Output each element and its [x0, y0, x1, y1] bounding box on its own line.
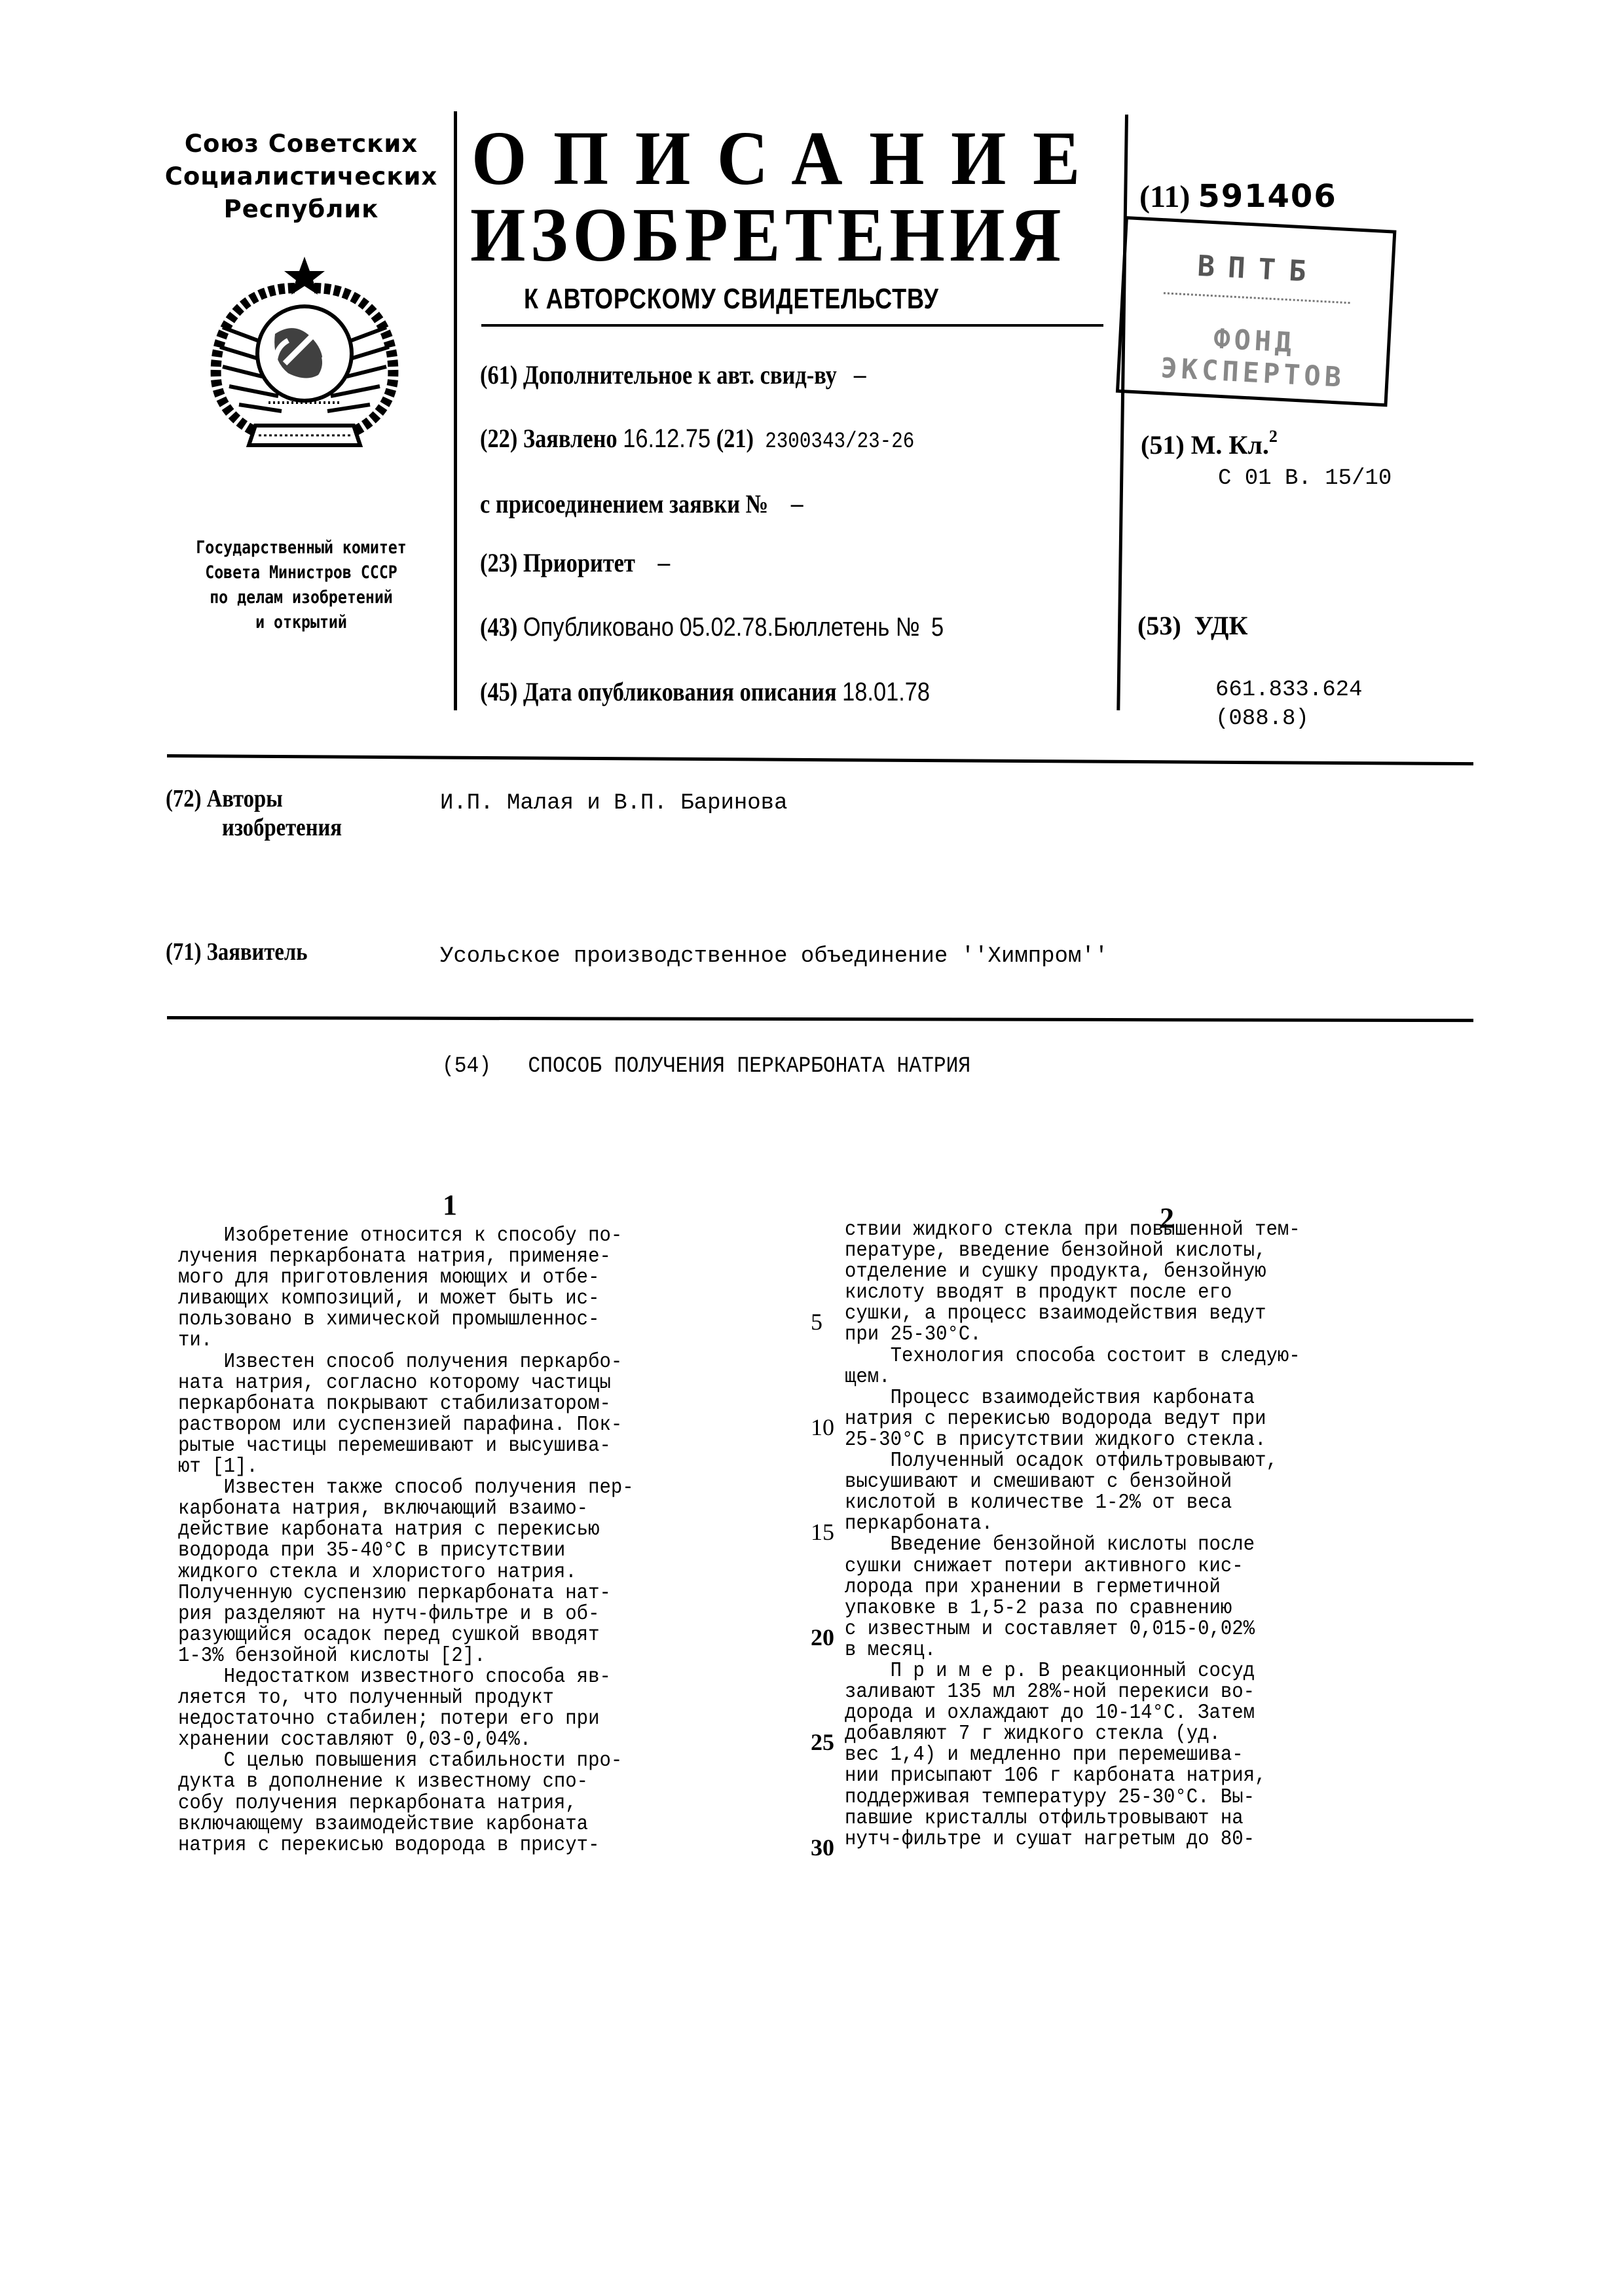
publication-date: 05.02.78.	[680, 613, 773, 642]
invention-title: (54) СПОСОБ ПОЛУЧЕНИЯ ПЕРКАРБОНАТА НАТРИ…	[442, 1054, 970, 1079]
document-title-line-1: ОПИСАНИЕ	[471, 120, 1107, 197]
field-72-authors-label: (72) Авторы изобретения	[166, 784, 342, 842]
text-line: упаковке в 1,5-2 раза по сравнению	[845, 1598, 1301, 1619]
field-code: (61)	[480, 360, 517, 390]
stamp-divider	[1164, 292, 1350, 304]
text-line: натрия с перекисью водорода ведут при	[845, 1409, 1301, 1430]
text-line: в месяц.	[845, 1640, 1301, 1661]
document-subtitle: К АВТОРСКОМУ СВИДЕТЕЛЬСТВУ	[524, 283, 939, 316]
authors-value: И.П. Малая и В.П. Баринова	[440, 791, 788, 816]
filing-date: 16.12.75	[623, 424, 710, 453]
field-joined-application: с присоединением заявки № –	[480, 491, 803, 517]
edition-superscript: 2	[1269, 427, 1278, 446]
field-code: (21)	[716, 424, 754, 453]
issuing-committee: Государственный комитет Совета Министров…	[183, 536, 419, 635]
field-label: с присоединением заявки №	[480, 489, 768, 519]
field-value: –	[791, 490, 803, 519]
text-line: павшие кристаллы отфильтровывают на	[845, 1808, 1301, 1829]
margin-line-number: 25	[811, 1728, 834, 1756]
applicant-value: Усольское производственное объединение '…	[440, 944, 1108, 969]
text-line: Полученный осадок отфильтровывают,	[845, 1451, 1301, 1472]
text-line: карбоната натрия, включающий взаимо-	[178, 1499, 634, 1520]
text-line: Технология способа состоит в следую-	[845, 1346, 1301, 1367]
union-title-line: Социалистических	[164, 160, 439, 193]
header-bottom-rule	[167, 754, 1473, 765]
vertical-divider-right	[1116, 115, 1128, 710]
text-line: П р и м е р. В реакционный сосуд	[845, 1661, 1301, 1682]
text-line: жидкого стекла и хлористого натрия.	[178, 1562, 634, 1583]
udc-value: 661.833.624 (088.8)	[1215, 676, 1362, 733]
library-stamp: ВПТБ ФОНД ЭКСПЕРТОВ	[1116, 216, 1397, 407]
text-line: высушивают и смешивают с бензойной	[845, 1472, 1301, 1493]
field-code: (11)	[1139, 179, 1190, 214]
text-line: Недостатком известного способа яв-	[178, 1667, 634, 1688]
text-line: включающему взаимодействие карбоната	[178, 1814, 634, 1835]
field-code: (51)	[1141, 430, 1185, 460]
text-line: раствором или суспензией парафина. Пок-	[178, 1415, 634, 1436]
field-61-additional: (61) Дополнительное к авт. свид-ву –	[480, 362, 866, 388]
field-code: (71)	[166, 938, 201, 966]
text-line: действие карбоната натрия с перекисью	[178, 1520, 634, 1540]
text-line: Изобретение относится к способу по-	[178, 1226, 634, 1247]
field-label: Опубликовано	[523, 613, 674, 642]
text-line: лорода при хранении в герметичной	[845, 1577, 1301, 1598]
text-line: дорода и охлаждают до 10-14°С. Затем	[845, 1703, 1301, 1724]
committee-line: и открытий	[183, 610, 419, 635]
field-label: Заявлено	[523, 424, 618, 453]
field-label-line-2: изобретения	[166, 813, 342, 842]
document-title-line-2: ИЗОБРЕТЕНИЯ	[470, 196, 1066, 274]
text-line: мого для приготовления моющих и отбе-	[178, 1267, 634, 1288]
text-line: щем.	[845, 1367, 1301, 1388]
text-line: 25-30°С в присутствии жидкого стекла.	[845, 1430, 1301, 1451]
text-line: перкарбоната.	[845, 1514, 1301, 1535]
bulletin-number: 5	[931, 613, 944, 642]
field-label: Приоритет	[523, 548, 635, 577]
margin-line-number: 15	[811, 1518, 834, 1546]
text-line: рия разделяют на нутч-фильтре и в об-	[178, 1604, 634, 1625]
text-line: кислотой в количестве 1-2% от веса	[845, 1493, 1301, 1514]
description-date: 18.01.78	[842, 678, 930, 706]
text-line: поддерживая температуру 25-30°С. Вы-	[845, 1787, 1301, 1808]
classification-value: С 01 В. 15/10	[1218, 466, 1392, 491]
text-line: при 25-30°С.	[845, 1324, 1301, 1345]
margin-line-number: 30	[811, 1834, 834, 1861]
field-code: (22)	[480, 424, 517, 453]
field-value: –	[854, 361, 866, 390]
field-label: М. Кл.	[1191, 430, 1269, 460]
text-line: перкарбоната покрывают стабилизатором-	[178, 1394, 634, 1415]
text-line: ти.	[178, 1330, 634, 1351]
text-line: сушки, а процесс взаимодействия ведут	[845, 1303, 1301, 1324]
field-code: (72)	[166, 785, 201, 812]
text-line: нии присыпают 106 г карбоната натрия,	[845, 1766, 1301, 1787]
stamp-text-top: ВПТБ	[1125, 246, 1392, 293]
field-53-udc: (53) УДК	[1137, 610, 1247, 641]
field-code: (23)	[480, 548, 517, 577]
text-line: нутч-фильтре и сушат нагретым до 80-	[845, 1829, 1301, 1850]
field-22-filed: (22) Заявлено 16.12.75 (21) 2300343/23-2…	[480, 426, 914, 453]
committee-line: Совета Министров СССР	[183, 560, 419, 585]
text-line: сушки снижает потери активного кис-	[845, 1556, 1301, 1577]
field-label: УДК	[1194, 611, 1248, 640]
field-label: Авторы	[207, 785, 283, 812]
text-line: разующийся осадок перед сушкой вводят	[178, 1625, 634, 1646]
text-line: добавляют 7 г жидкого стекла (уд.	[845, 1724, 1301, 1745]
committee-line: по делам изобретений	[183, 585, 419, 610]
vertical-divider-left	[454, 111, 457, 710]
text-line: рытые частицы перемешивают и высушива-	[178, 1436, 634, 1457]
field-71-applicant-label: (71) Заявитель	[166, 938, 308, 966]
text-line: пользовано в химической промышленнос-	[178, 1309, 634, 1330]
application-number: 2300343/23-26	[765, 429, 914, 454]
field-23-priority: (23) Приоритет –	[480, 550, 670, 576]
text-line: ливающих композиций, и может быть ис-	[178, 1288, 634, 1309]
margin-line-number: 10	[811, 1413, 834, 1441]
text-line: ната натрия, согласно которому частицы	[178, 1373, 634, 1394]
ussr-state-emblem-icon	[196, 249, 413, 458]
bulletin-label: Бюллетень №	[773, 613, 920, 642]
union-title-line: Союз Советских	[164, 128, 439, 160]
field-45-description-date: (45) Дата опубликования описания 18.01.7…	[480, 679, 930, 705]
committee-line: Государственный комитет	[183, 536, 419, 560]
field-label: Заявитель	[207, 938, 308, 966]
text-line: дукта в дополнение к известному спо-	[178, 1772, 634, 1793]
column-number-1: 1	[443, 1188, 457, 1222]
text-line: натрия с перекисью водорода в присут-	[178, 1835, 634, 1856]
text-line: водорода при 35-40°С в присутствии	[178, 1540, 634, 1561]
margin-line-number: 5	[811, 1308, 822, 1336]
field-code: (53)	[1137, 611, 1181, 640]
text-line: пературе, введение бензойной кислоты,	[845, 1241, 1301, 1262]
text-line: Введение бензойной кислоты после	[845, 1535, 1301, 1556]
field-label: Дополнительное к авт. свид-ву	[523, 360, 837, 390]
field-43-published: (43) Опубликовано 05.02.78.Бюллетень № 5	[480, 614, 944, 640]
text-line: Процесс взаимодействия карбоната	[845, 1388, 1301, 1409]
text-line: ют [1].	[178, 1457, 634, 1478]
text-line: Известен способ получения перкарбо-	[178, 1352, 634, 1373]
text-line: ствии жидкого стекла при повышенной тем-	[845, 1220, 1301, 1241]
patent-number: (11) 591406	[1139, 178, 1337, 215]
section-rule	[167, 1016, 1473, 1022]
text-line: отделение и сушку продукта, бензойную	[845, 1262, 1301, 1283]
text-line: лучения перкарбоната натрия, применяе-	[178, 1247, 634, 1267]
text-line: хранении составляют 0,03-0,04%.	[178, 1730, 634, 1751]
field-51-classification: (51) М. Кл.2	[1141, 427, 1278, 460]
issuing-state: Союз Советских Социалистических Республи…	[164, 128, 439, 226]
body-column-2: ствии жидкого стекла при повышенной тем-…	[845, 1220, 1301, 1850]
text-line: 1-3% бензойной кислоты [2].	[178, 1646, 634, 1667]
field-value: –	[657, 549, 670, 577]
text-line: заливают 135 мл 28%-ной перекиси во-	[845, 1682, 1301, 1703]
subtitle-rule	[481, 324, 1103, 327]
text-line: вес 1,4) и медленно при перемешива-	[845, 1745, 1301, 1766]
text-line: кислоту вводят в продукт после его	[845, 1283, 1301, 1303]
stamp-text-bottom: ФОНД ЭКСПЕРТОВ	[1126, 318, 1382, 395]
text-line: собу получения перкарбоната натрия,	[178, 1793, 634, 1814]
field-code: (43)	[480, 612, 517, 642]
text-line: С целью повышения стабильности про-	[178, 1751, 634, 1772]
text-line: недостаточно стабилен; потери его при	[178, 1709, 634, 1730]
text-line: с известным и составляет 0,015-0,02%	[845, 1619, 1301, 1640]
text-line: ляется то, что полученный продукт	[178, 1688, 634, 1709]
union-title-line: Республик	[164, 193, 439, 226]
body-column-1: Изобретение относится к способу по-лучен…	[178, 1226, 634, 1856]
text-line: Известен также способ получения пер-	[178, 1478, 634, 1499]
field-label: Дата опубликования описания	[523, 677, 837, 706]
margin-line-number: 20	[811, 1624, 834, 1651]
patent-number-value: 591406	[1198, 178, 1337, 215]
text-line: Полученную суспензию перкарбоната нат-	[178, 1583, 634, 1604]
field-code: (45)	[480, 677, 517, 706]
